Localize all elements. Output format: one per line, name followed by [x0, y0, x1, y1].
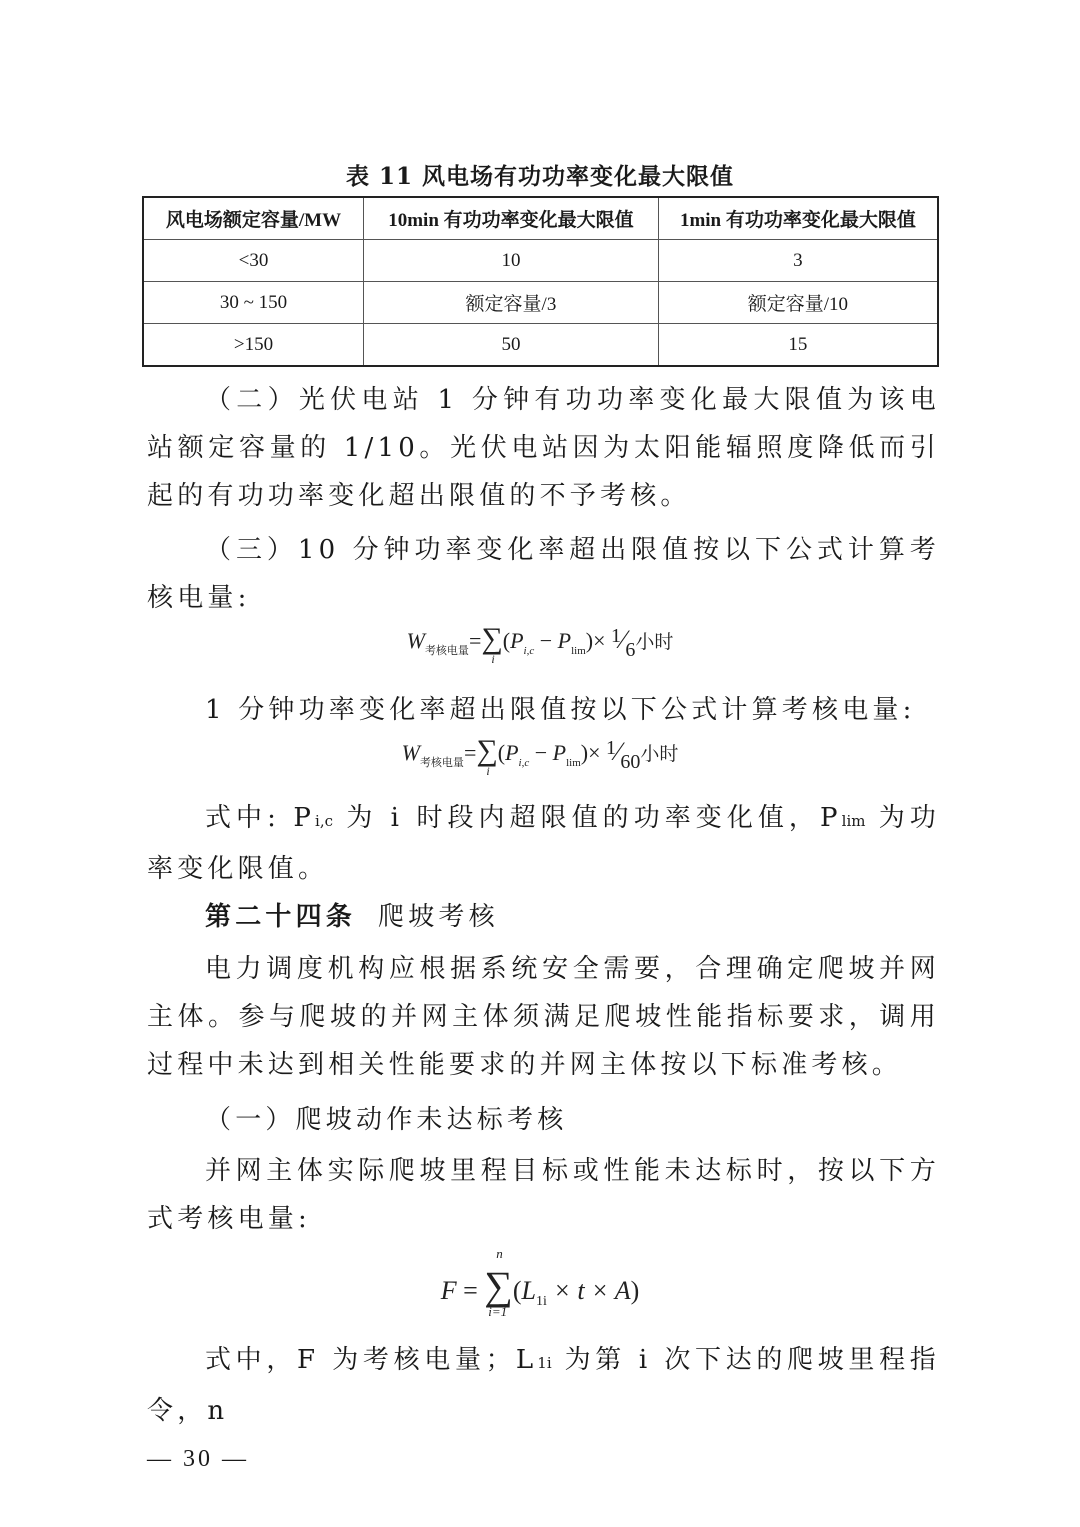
paragraph-ramp-definitions: 式中，F 为考核电量；L1i 为第 i 次下达的爬坡里程指令，n	[147, 1336, 940, 1435]
cell-10min: 50	[364, 324, 659, 367]
paren-close: )	[586, 628, 593, 653]
cell-1min: 额定容量/10	[658, 282, 938, 324]
sigma-symbol: ∑i	[481, 622, 502, 655]
formula-p: P	[505, 740, 518, 765]
cell-1min: 15	[658, 324, 938, 367]
formula-plim-sub: lim	[571, 645, 586, 657]
def-prefix: 式中，F 为考核电量；	[205, 1345, 516, 1375]
header-capacity: 风电场额定容量/MW	[143, 197, 364, 240]
formula-plim: P	[558, 628, 571, 653]
formula-f: F	[441, 1276, 457, 1305]
formula-l-sub: 1i	[536, 1294, 547, 1309]
fraction-numerator: 1	[606, 737, 616, 759]
wind-farm-limit-table: 风电场额定容量/MW 10min 有功功率变化最大限值 1min 有功功率变化最…	[142, 196, 939, 367]
formula-unit: 小时	[635, 631, 673, 653]
formula-eq: =	[464, 740, 476, 765]
symbol-plim-sub: lim	[842, 812, 866, 830]
formula-eq: =	[457, 1276, 485, 1305]
formula-w-sub: 考核电量	[425, 644, 469, 657]
cell-1min: 3	[658, 240, 938, 282]
table-title: 表 11 风电场有功功率变化最大限值	[0, 158, 1080, 191]
cell-10min: 额定容量/3	[364, 282, 659, 324]
paragraph-formula-definitions: 式中: Pi,c 为 i 时段内超限值的功率变化值，Plim 为功率变化限值。	[147, 794, 940, 893]
table-row: >150 50 15	[143, 324, 938, 367]
formula-w: W	[407, 628, 425, 653]
paragraph-ramp-assessment: 并网主体实际爬坡里程目标或性能未达标时，按以下方式考核电量:	[147, 1147, 940, 1243]
formula-minus: −	[529, 740, 552, 765]
paren-close: )	[631, 1276, 640, 1305]
formula-10min: W考核电量=∑i(Pi,c − Plim)× 1⁄6小时	[0, 622, 1080, 662]
paragraph-pv-limit: （二）光伏电站 1 分钟有功功率变化最大限值为该电站额定容量的 1/10。光伏电…	[147, 376, 940, 520]
paragraph-1min-formula-intro: 1 分钟功率变化率超出限值按以下公式计算考核电量:	[147, 686, 940, 734]
formula-minus: −	[534, 628, 557, 653]
paragraph-10min-formula-intro: （三）10 分钟功率变化率超出限值按以下公式计算考核电量:	[147, 526, 940, 622]
formula-ramp: F = ∑ni=1(L1i × t × A)	[0, 1262, 1080, 1310]
formula-p-sub: i,c	[519, 757, 530, 769]
def-prefix: 式中:	[205, 803, 293, 833]
subsection-ramp-failure: （一）爬坡动作未达标考核	[147, 1096, 940, 1144]
symbol-p-sub: i,c	[315, 812, 333, 830]
paren-open: (	[498, 740, 505, 765]
formula-times: ×	[593, 628, 605, 653]
formula-w-sub: 考核电量	[420, 756, 464, 769]
formula-p-sub: i,c	[524, 645, 535, 657]
table-row: <30 10 3	[143, 240, 938, 282]
formula-plim-sub: lim	[566, 757, 581, 769]
table-header-row: 风电场额定容量/MW 10min 有功功率变化最大限值 1min 有功功率变化最…	[143, 197, 938, 240]
formula-p: P	[510, 628, 523, 653]
formula-times: ×	[588, 740, 600, 765]
symbol-l-sub: 1i	[537, 1354, 551, 1372]
symbol-plim: P	[820, 803, 842, 833]
cell-10min: 10	[364, 240, 659, 282]
formula-rest: × t × A	[547, 1276, 631, 1305]
page-number: — 30 —	[147, 1446, 249, 1473]
formula-plim: P	[553, 740, 566, 765]
cell-capacity: >150	[143, 324, 364, 367]
formula-1min: W考核电量=∑i(Pi,c − Plim)× 1⁄60小时	[0, 734, 1080, 774]
article-number: 第二十四条	[205, 902, 356, 932]
cell-capacity: 30 ~ 150	[143, 282, 364, 324]
header-10min-limit: 10min 有功功率变化最大限值	[364, 197, 659, 240]
symbol-l: L	[516, 1345, 537, 1375]
sigma-symbol: ∑ni=1	[484, 1262, 513, 1309]
table-row: 30 ~ 150 额定容量/3 额定容量/10	[143, 282, 938, 324]
def-mid: 为 i 时段内超限值的功率变化值，	[333, 803, 820, 833]
sigma-symbol: ∑i	[476, 734, 497, 767]
formula-eq: =	[469, 628, 481, 653]
header-1min-limit: 1min 有功功率变化最大限值	[658, 197, 938, 240]
formula-unit: 小时	[640, 743, 678, 765]
article-title: 爬坡考核	[378, 902, 499, 932]
paragraph-ramp-requirement: 电力调度机构应根据系统安全需要，合理确定爬坡并网主体。参与爬坡的并网主体须满足爬…	[147, 945, 940, 1089]
cell-capacity: <30	[143, 240, 364, 282]
article-heading: 第二十四条爬坡考核	[147, 893, 940, 941]
fraction-numerator: 1	[611, 625, 621, 647]
paren-close: )	[581, 740, 588, 765]
formula-w: W	[402, 740, 420, 765]
paren-open: (	[503, 628, 510, 653]
formula-l: L	[521, 1276, 535, 1305]
fraction-denominator: 6	[625, 639, 635, 661]
fraction-denominator: 60	[620, 751, 640, 773]
symbol-p: P	[293, 803, 315, 833]
